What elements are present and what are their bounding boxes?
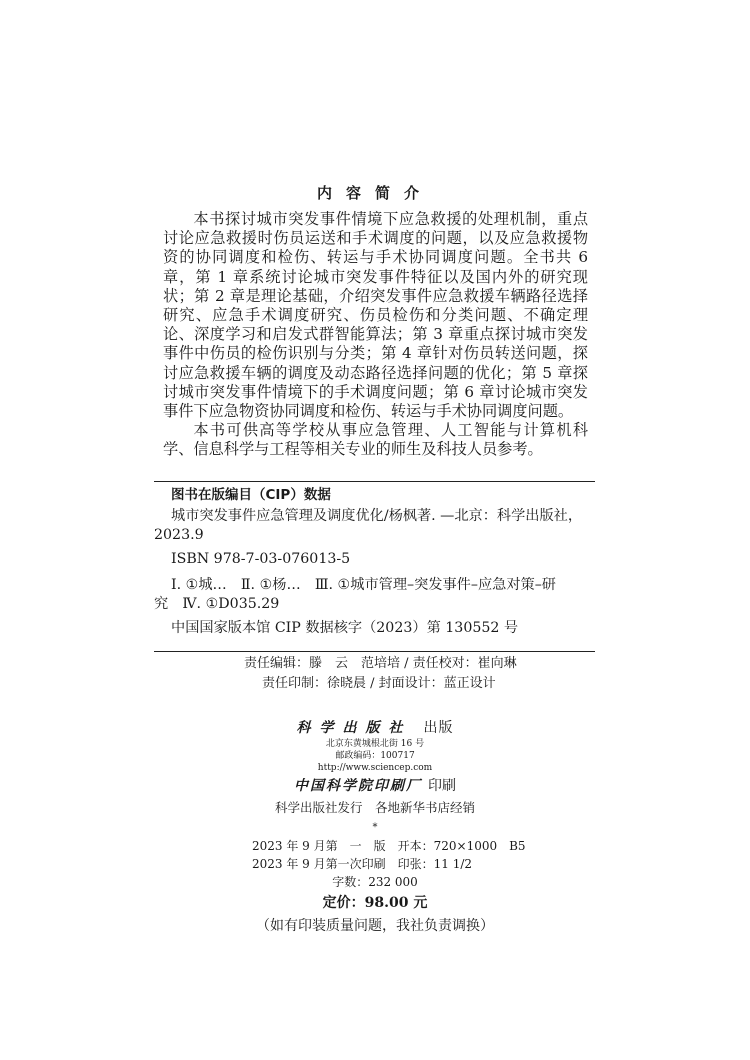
credits-editors: 责任编辑：滕 云 范培培 / 责任校对：崔向琳 [0,654,750,674]
printer-name: 中国科学院印刷厂 [294,778,422,794]
cip-record-number: 中国国家版本馆 CIP 数据核字（2023）第 130552 号 [154,619,595,638]
edition-block: 2023 年 9 月第 一 版 开本：720×1000 B5 2023 年 9 … [252,837,552,873]
cip-bottom-rule [154,651,595,652]
cip-block: 图书在版编目（CIP）数据 城市突发事件应急管理及调度优化/杨枫著. —北京：科… [154,486,595,638]
publisher-website: http://www.sciencep.com [0,762,750,774]
price-label: 定价： [323,895,365,911]
word-count: 字数：232 000 [0,873,750,891]
cip-title-line: 城市突发事件应急管理及调度优化/杨枫著. —北京：科学出版社， [154,507,595,526]
credits-production: 责任印制：徐晓晨 / 封面设计：蓝正设计 [0,674,750,694]
publisher-address: 北京东黄城根北街 16 号 [0,738,750,750]
intro-paragraph-2: 本书可供高等学校从事应急管理、人工智能与计算机科学、信息科学与工程等相关专业的师… [163,421,588,459]
imprint-block: 科学出版社出版 北京东黄城根北街 16 号 邮政编码：100717 http:/… [0,718,750,836]
cip-top-rule [154,481,595,482]
edition-line-2: 2023 年 9 月第一次印刷 印张：11 1/2 [252,855,552,873]
publisher-postcode: 邮政编码：100717 [0,750,750,762]
publisher-name: 科学出版社 [297,720,412,736]
edition-line-1: 2023 年 9 月第 一 版 开本：720×1000 B5 [252,837,552,855]
cip-isbn: ISBN 978-7-03-076013-5 [154,550,595,569]
publisher-action: 出版 [424,720,454,736]
price-value: 98.00 元 [365,895,428,911]
quality-notice: （如有印装质量问题，我社负责调换） [0,915,750,937]
copyright-page: 内容简介 本书探讨城市突发事件情境下应急救援的处理机制，重点讨论应急救援时伤员运… [0,0,750,1060]
intro-body: 本书探讨城市突发事件情境下应急救援的处理机制，重点讨论应急救援时伤员运送和手术调… [163,210,588,460]
intro-title: 内容简介 [0,183,750,203]
printer-line: 中国科学院印刷厂印刷 [0,776,750,796]
cip-subjects-line-cont: 究 Ⅳ. ①D035.29 [154,595,595,614]
price-line: 定价：98.00 元 [0,892,750,914]
separator-asterisk: * [0,820,750,836]
cip-title-line-cont: 2023.9 [154,526,595,545]
distribution-line: 科学出版社发行 各地新华书店经销 [0,796,750,820]
cip-heading: 图书在版编目（CIP）数据 [154,486,595,505]
credits-block: 责任编辑：滕 云 范培培 / 责任校对：崔向琳 责任印制：徐晓晨 / 封面设计：… [0,654,750,694]
printer-action: 印刷 [428,778,456,794]
publisher-line: 科学出版社出版 [0,718,750,738]
cip-subjects-line: Ⅰ. ①城… Ⅱ. ①杨… Ⅲ. ①城市管理–突发事件–应急对策–研 [154,576,595,595]
intro-paragraph-1: 本书探讨城市突发事件情境下应急救援的处理机制，重点讨论应急救援时伤员运送和手术调… [163,210,588,421]
